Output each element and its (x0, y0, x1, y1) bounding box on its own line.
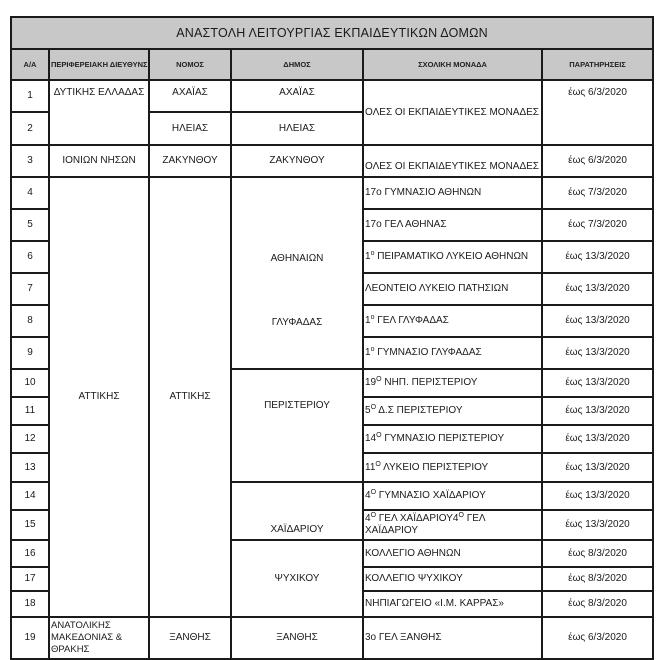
notes-cell: έως 7/3/2020 (542, 177, 653, 209)
region-cell: ΑΤΤΙΚΗΣ (49, 177, 149, 617)
region-cell: ΑΝΑΤΟΛΙΚΗΣ ΜΑΚΕΔΟΝΙΑΣ & ΘΡΑΚΗΣ (49, 617, 149, 659)
school-cell: ΝΗΠΙΑΓΩΓΕΙΟ «Ι.Μ. ΚΑΡΡΑΣ» (363, 591, 542, 617)
school-cell: 19Ο ΝΗΠ. ΠΕΡΙΣΤΕΡΙΟΥ (363, 369, 542, 397)
prefecture-cell: ΑΧΑΪΑΣ (149, 80, 231, 112)
school-cell: ΟΛΕΣ ΟΙ ΕΚΠΑΙΔΕΥΤΙΚΕΣ ΜΟΝΑΔΕΣ (363, 80, 542, 145)
header-row: Α/Α ΠΕΡΙΦΕΡΕΙΑΚΗ ΔΙΕΥΘΥΝΣΗ ΝΟΜΟΣ ΔΗΜΟΣ Σ… (11, 49, 653, 80)
notes-cell: έως 13/3/2020 (542, 305, 653, 337)
school-cell: 5Ο Δ.Σ ΠΕΡΙΣΤΕΡΙΟΥ (363, 397, 542, 425)
prefecture-cell: ΞΑΝΘΗΣ (149, 617, 231, 659)
municipality-cell: ΞΑΝΘΗΣ (231, 617, 363, 659)
school-cell: ΚΟΛΛΕΓΙΟ ΑΘΗΝΩΝ (363, 540, 542, 567)
row-number: 15 (11, 510, 49, 540)
notes-cell: έως 13/3/2020 (542, 397, 653, 425)
row-number: 19 (11, 617, 49, 659)
row-number: 8 (11, 305, 49, 337)
notes-cell: έως 13/3/2020 (542, 510, 653, 540)
school-cell: 1ο ΠΕΙΡΑΜΑΤΙΚΟ ΛΥΚΕΙΟ ΑΘΗΝΩΝ (363, 241, 542, 273)
school-cell: 1ο ΓΥΜΝΑΣΙΟ ΓΛΥΦΑΔΑΣ (363, 337, 542, 369)
notes-cell: έως 13/3/2020 (542, 241, 653, 273)
notes-cell: έως 13/3/2020 (542, 453, 653, 482)
row-number: 12 (11, 425, 49, 453)
municipality-cell: ΖΑΚΥΝΘΟΥ (231, 145, 363, 177)
row-number: 18 (11, 591, 49, 617)
table-row: 3 ΙΟΝΙΩΝ ΝΗΣΩΝ ΖΑΚΥΝΘΟΥ ΖΑΚΥΝΘΟΥ ΟΛΕΣ ΟΙ… (11, 145, 653, 177)
row-number: 2 (11, 112, 49, 145)
table-row: 1 ΔΥΤΙΚΗΣ ΕΛΛΑΔΑΣ ΑΧΑΪΑΣ ΑΧΑΪΑΣ ΟΛΕΣ ΟΙ … (11, 80, 653, 112)
row-number: 7 (11, 273, 49, 305)
notes-cell: έως 6/3/2020 (542, 145, 653, 177)
row-number: 9 (11, 337, 49, 369)
notes-cell: έως 13/3/2020 (542, 369, 653, 397)
school-cell: 17ο ΓΕΛ ΑΘΗΝΑΣ (363, 209, 542, 241)
school-cell: 17ο ΓΥΜΝΑΣΙΟ ΑΘΗΝΩΝ (363, 177, 542, 209)
municipality-cell: ΠΕΡΙΣΤΕΡΙΟΥ (231, 369, 363, 482)
municipality-cell: ΑΧΑΪΑΣ (231, 80, 363, 112)
school-cell: 4Ο ΓΥΜΝΑΣΙΟ ΧΑΪΔΑΡΙΟΥ (363, 482, 542, 510)
municipality-cell: ΧΑΪΔΑΡΙΟΥ (231, 482, 363, 540)
row-number: 3 (11, 145, 49, 177)
school-cell: ΛΕΟΝΤΕΙΟ ΛΥΚΕΙΟ ΠΑΤΗΣΙΩΝ (363, 273, 542, 305)
municipality-cell: ΗΛΕΙΑΣ (231, 112, 363, 145)
prefecture-cell: ΗΛΕΙΑΣ (149, 112, 231, 145)
prefecture-cell: ΖΑΚΥΝΘΟΥ (149, 145, 231, 177)
row-number: 16 (11, 540, 49, 567)
municipality-cell: ΨΥΧΙΚΟΥ (231, 540, 363, 617)
school-cell: 3ο ΓΕΛ ΞΑΝΘΗΣ (363, 617, 542, 659)
notes-cell: έως 8/3/2020 (542, 540, 653, 567)
header-prefecture: ΝΟΜΟΣ (149, 49, 231, 80)
notes-cell: έως 13/3/2020 (542, 273, 653, 305)
school-cell: 1ο ΓΕΛ ΓΛΥΦΑΔΑΣ (363, 305, 542, 337)
notes-cell: έως 8/3/2020 (542, 591, 653, 617)
notes-cell: έως 7/3/2020 (542, 209, 653, 241)
school-cell: ΟΛΕΣ ΟΙ ΕΚΠΑΙΔΕΥΤΙΚΕΣ ΜΟΝΑΔΕΣ (363, 145, 542, 177)
table-row: 19 ΑΝΑΤΟΛΙΚΗΣ ΜΑΚΕΔΟΝΙΑΣ & ΘΡΑΚΗΣ ΞΑΝΘΗΣ… (11, 617, 653, 659)
school-cell: 14Ο ΓΥΜΝΑΣΙΟ ΠΕΡΙΣΤΕΡΙΟΥ (363, 425, 542, 453)
municipality-athinaion: ΑΘΗΝΑΙΩΝ (232, 253, 362, 265)
notes-cell: έως 13/3/2020 (542, 482, 653, 510)
row-number: 13 (11, 453, 49, 482)
municipality-cell-athinaion-glyfadas: ΑΘΗΝΑΙΩΝ ΓΛΥΦΑΔΑΣ (231, 177, 363, 369)
school-cell: 4Ο ΓΕΛ ΧΑΪΔΑΡΙΟΥ4Ο ΓΕΛ ΧΑΪΔΑΡΙΟΥ (363, 510, 542, 540)
notes-cell: έως 6/3/2020 (542, 80, 653, 145)
header-region: ΠΕΡΙΦΕΡΕΙΑΚΗ ΔΙΕΥΘΥΝΣΗ (49, 49, 149, 80)
row-number: 5 (11, 209, 49, 241)
header-aa: Α/Α (11, 49, 49, 80)
row-number: 1 (11, 80, 49, 112)
row-number: 4 (11, 177, 49, 209)
table-title: ΑΝΑΣΤΟΛΗ ΛΕΙΤΟΥΡΓΙΑΣ ΕΚΠΑΙΔΕΥΤΙΚΩΝ ΔΟΜΩΝ (11, 17, 653, 49)
notes-cell: έως 13/3/2020 (542, 425, 653, 453)
notes-cell: έως 13/3/2020 (542, 337, 653, 369)
municipality-glyfadas: ΓΛΥΦΑΔΑΣ (232, 317, 362, 329)
school-cell: ΚΟΛΛΕΓΙΟ ΨΥΧΙΚΟΥ (363, 567, 542, 591)
school-cell: 11Ο ΛΥΚΕΙΟ ΠΕΡΙΣΤΕΡΙΟΥ (363, 453, 542, 482)
title-row: ΑΝΑΣΤΟΛΗ ΛΕΙΤΟΥΡΓΙΑΣ ΕΚΠΑΙΔΕΥΤΙΚΩΝ ΔΟΜΩΝ (11, 17, 653, 49)
row-number: 6 (11, 241, 49, 273)
row-number: 14 (11, 482, 49, 510)
header-school: ΣΧΟΛΙΚΗ ΜΟΝΑΔΑ (363, 49, 542, 80)
region-cell: ΙΟΝΙΩΝ ΝΗΣΩΝ (49, 145, 149, 177)
row-number: 11 (11, 397, 49, 425)
header-municipality: ΔΗΜΟΣ (231, 49, 363, 80)
row-number: 17 (11, 567, 49, 591)
table-row: 4 ΑΤΤΙΚΗΣ ΑΤΤΙΚΗΣ ΑΘΗΝΑΙΩΝ ΓΛΥΦΑΔΑΣ 17ο … (11, 177, 653, 209)
prefecture-cell: ΑΤΤΙΚΗΣ (149, 177, 231, 617)
header-notes: ΠΑΡΑΤΗΡΗΣΕΙΣ (542, 49, 653, 80)
school-closures-table: ΑΝΑΣΤΟΛΗ ΛΕΙΤΟΥΡΓΙΑΣ ΕΚΠΑΙΔΕΥΤΙΚΩΝ ΔΟΜΩΝ… (10, 16, 654, 660)
notes-cell: έως 8/3/2020 (542, 567, 653, 591)
document-page: ΑΝΑΣΤΟΛΗ ΛΕΙΤΟΥΡΓΙΑΣ ΕΚΠΑΙΔΕΥΤΙΚΩΝ ΔΟΜΩΝ… (10, 16, 652, 660)
region-cell: ΔΥΤΙΚΗΣ ΕΛΛΑΔΑΣ (49, 80, 149, 145)
row-number: 10 (11, 369, 49, 397)
notes-cell: έως 6/3/2020 (542, 617, 653, 659)
